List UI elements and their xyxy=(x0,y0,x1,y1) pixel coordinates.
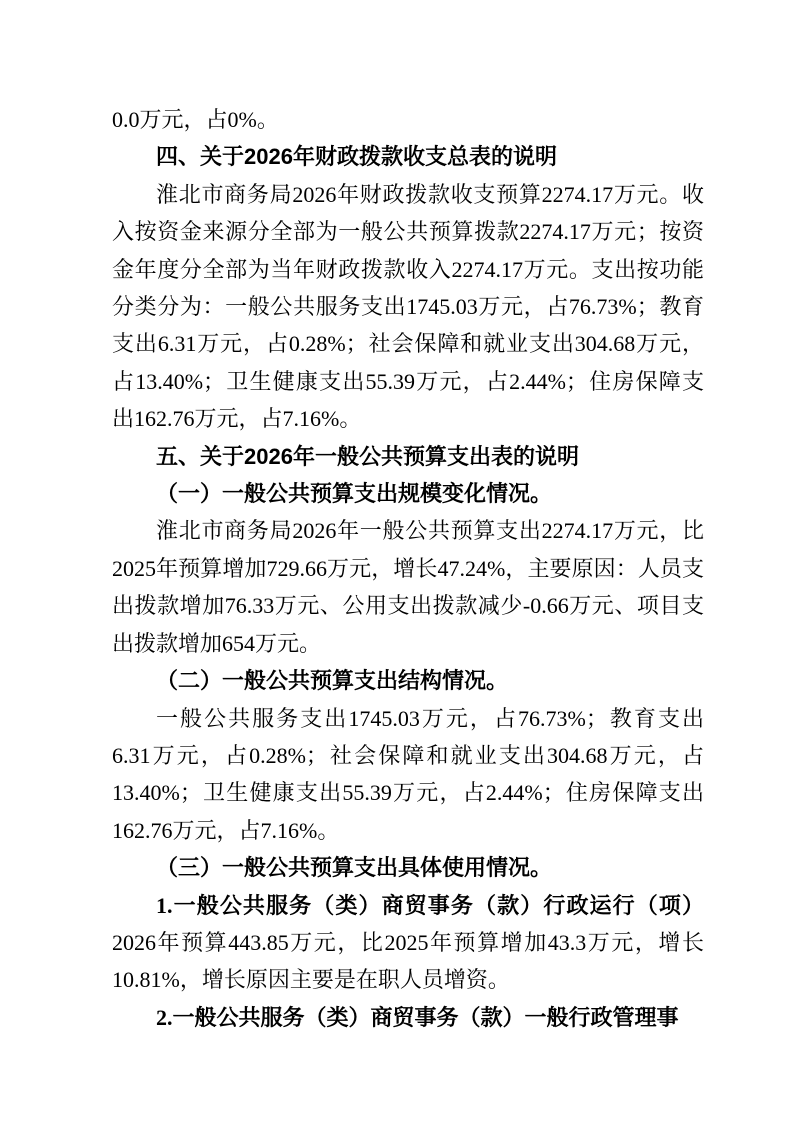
subsection-heading-three: （三）一般公共预算支出具体使用情况。 xyxy=(112,849,704,886)
subsection-heading-one: （一）一般公共预算支出规模变化情况。 xyxy=(112,475,704,512)
item-1-body: 2026年预算443.85万元，比2025年预算增加43.3万元，增长10.81… xyxy=(112,930,704,992)
item-2-bold-lead: 2.一般公共服务（类）商贸事务（款）一般行政管理事 xyxy=(156,1005,679,1030)
paragraph-fiscal-allocation-summary: 淮北市商务局2026年财政拨款收支预算2274.17万元。收入按资金来源分全部为… xyxy=(112,176,704,438)
document-content: 0.0万元，占0%。 四、关于2026年财政拨款收支总表的说明 淮北市商务局20… xyxy=(112,101,704,1036)
paragraph-item-2: 2.一般公共服务（类）商贸事务（款）一般行政管理事 xyxy=(112,999,704,1036)
document-page: 0.0万元，占0%。 四、关于2026年财政拨款收支总表的说明 淮北市商务局20… xyxy=(0,0,793,1122)
section-heading-five: 五、关于2026年一般公共预算支出表的说明 xyxy=(112,438,704,475)
item-1-bold-lead: 1.一般公共服务（类）商贸事务（款）行政运行（项） xyxy=(156,893,704,918)
subsection-heading-two: （二）一般公共预算支出结构情况。 xyxy=(112,662,704,699)
paragraph-expenditure-scale-change: 淮北市商务局2026年一般公共预算支出2274.17万元，比2025年预算增加7… xyxy=(112,512,704,662)
paragraph-item-1: 1.一般公共服务（类）商贸事务（款）行政运行（项）2026年预算443.85万元… xyxy=(112,887,704,999)
paragraph-expenditure-structure: 一般公共服务支出1745.03万元，占76.73%；教育支出6.31万元，占0.… xyxy=(112,700,704,850)
section-heading-four: 四、关于2026年财政拨款收支总表的说明 xyxy=(112,138,704,175)
continuation-paragraph: 0.0万元，占0%。 xyxy=(112,101,704,138)
